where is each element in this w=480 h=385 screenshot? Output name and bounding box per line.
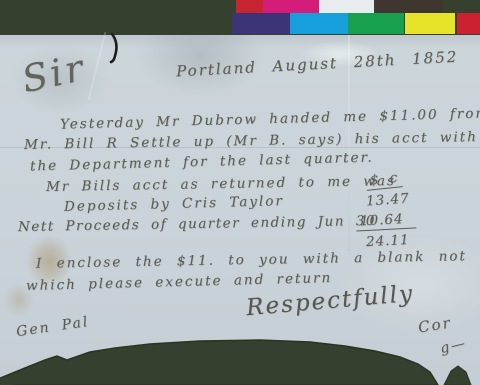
colorbar-swatch-cyan <box>290 13 348 34</box>
torn-edge <box>0 293 480 385</box>
ink-mark <box>98 32 128 66</box>
account-total: 24.11 <box>366 232 410 250</box>
account-row-value: 13.47 <box>365 190 410 209</box>
colorbar-swatch-navy <box>232 13 290 34</box>
colorbar-swatch-dark-brown <box>376 0 443 13</box>
colorbar-swatch-yellow <box>405 13 455 34</box>
colorbar-swatch-red <box>236 0 263 13</box>
colorbar-swatch-magenta <box>263 0 319 13</box>
colorbar-swatch-red-2 <box>457 13 480 34</box>
colorbar-swatch-green <box>348 13 404 34</box>
scanned-letter-page: Portland August 28th 1852 Sir Yesterday … <box>0 0 480 385</box>
account-currency-header: $ c <box>365 169 403 191</box>
colorbar-swatch-white <box>319 0 374 13</box>
account-row-value: 10.64 <box>356 210 417 231</box>
